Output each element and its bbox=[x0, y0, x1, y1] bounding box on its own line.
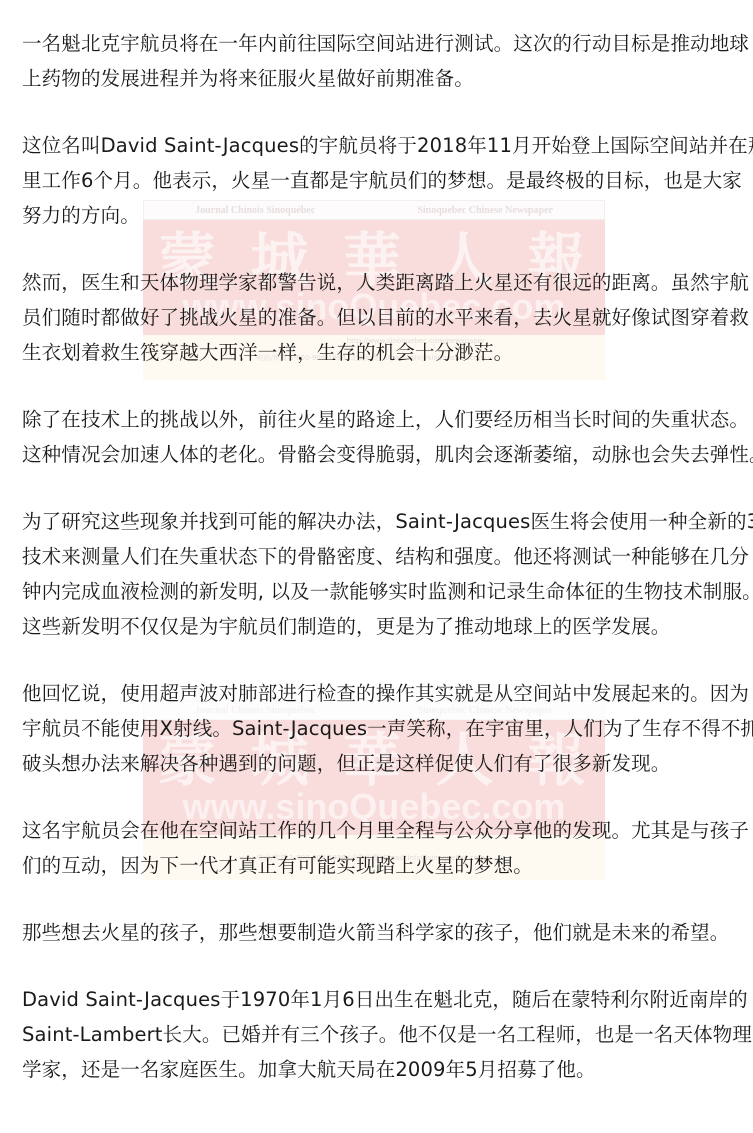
text-line: 他回忆说，使用超声波对肺部进行检查的操作其实就是从空间站中发展起来的。因为 bbox=[22, 676, 742, 711]
text-line: 技术来测量人们在失重状态下的骨骼密度、结构和强度。他还将测试一种能够在几分 bbox=[22, 539, 742, 574]
text-line: 钟内完成血液检测的新发明, 以及一款能够实时监测和记录生命体征的生物技术制服。 bbox=[22, 574, 742, 609]
paragraph-1: 一名魁北克宇航员将在一年内前往国际空间站进行测试。这次的行动目标是推动地球 上药… bbox=[22, 26, 742, 96]
paragraph-5: 为了研究这些现象并找到可能的解决办法，Saint-Jacques医生将会使用一种… bbox=[22, 504, 742, 644]
text-line: Saint-Lambert长大。已婚并有三个孩子。他不仅是一名工程师，也是一名天… bbox=[22, 1017, 742, 1052]
text-line: 们的互动，因为下一代才真正有可能实现踏上火星的梦想。 bbox=[22, 848, 742, 883]
text-line: 这位名叫David Saint-Jacques的宇航员将于2018年11月开始登… bbox=[22, 128, 742, 163]
text-line: 宇航员不能使用X射线。Saint-Jacques一声笑称，在宇宙里，人们为了生存… bbox=[22, 711, 742, 746]
paragraph-2: 这位名叫David Saint-Jacques的宇航员将于2018年11月开始登… bbox=[22, 128, 742, 233]
text-line: 除了在技术上的挑战以外，前往火星的路途上，人们要经历相当长时间的失重状态。 bbox=[22, 402, 742, 437]
text-line: 努力的方向。 bbox=[22, 198, 742, 233]
text-line: 然而，医生和天体物理学家都警告说，人类距离踏上火星还有很远的距离。虽然宇航 bbox=[22, 265, 742, 300]
text-line: 里工作6个月。他表示，火星一直都是宇航员们的梦想。是最终极的目标，也是大家 bbox=[22, 163, 742, 198]
text-line: 员们随时都做好了挑战火星的准备。但以目前的水平来看，去火星就好像试图穿着救 bbox=[22, 300, 742, 335]
text-line: 这些新发明不仅仅是为宇航员们制造的，更是为了推动地球上的医学发展。 bbox=[22, 609, 742, 644]
text-line: David Saint-Jacques于1970年1月6日出生在魁北克，随后在蒙… bbox=[22, 982, 742, 1017]
paragraph-9: David Saint-Jacques于1970年1月6日出生在魁北克，随后在蒙… bbox=[22, 982, 742, 1087]
text-line: 这种情况会加速人体的老化。骨骼会变得脆弱，肌肉会逐渐萎缩，动脉也会失去弹性。 bbox=[22, 437, 742, 472]
paragraph-7: 这名宇航员会在他在空间站工作的几个月里全程与公众分享他的发现。尤其是与孩子 们的… bbox=[22, 813, 742, 883]
text-line: 学家，还是一名家庭医生。加拿大航天局在2009年5月招募了他。 bbox=[22, 1052, 742, 1087]
paragraph-3: 然而，医生和天体物理学家都警告说，人类距离踏上火星还有很远的距离。虽然宇航 员们… bbox=[22, 265, 742, 370]
text-line: 那些想去火星的孩子，那些想要制造火箭当科学家的孩子，他们就是未来的希望。 bbox=[22, 915, 742, 950]
text-line: 一名魁北克宇航员将在一年内前往国际空间站进行测试。这次的行动目标是推动地球 bbox=[22, 26, 742, 61]
text-line: 破头想办法来解决各种遇到的问题，但正是这样促使人们有了很多新发现。 bbox=[22, 746, 742, 781]
paragraph-8: 那些想去火星的孩子，那些想要制造火箭当科学家的孩子，他们就是未来的希望。 bbox=[22, 915, 742, 950]
paragraph-4: 除了在技术上的挑战以外，前往火星的路途上，人们要经历相当长时间的失重状态。 这种… bbox=[22, 402, 742, 472]
text-line: 这名宇航员会在他在空间站工作的几个月里全程与公众分享他的发现。尤其是与孩子 bbox=[22, 813, 742, 848]
text-line: 为了研究这些现象并找到可能的解决办法，Saint-Jacques医生将会使用一种… bbox=[22, 504, 742, 539]
text-line: 生衣划着救生筏穿越大西洋一样，生存的机会十分渺茫。 bbox=[22, 335, 742, 370]
paragraph-6: 他回忆说，使用超声波对肺部进行检查的操作其实就是从空间站中发展起来的。因为 宇航… bbox=[22, 676, 742, 781]
text-line: 上药物的发展进程并为将来征服火星做好前期准备。 bbox=[22, 61, 742, 96]
